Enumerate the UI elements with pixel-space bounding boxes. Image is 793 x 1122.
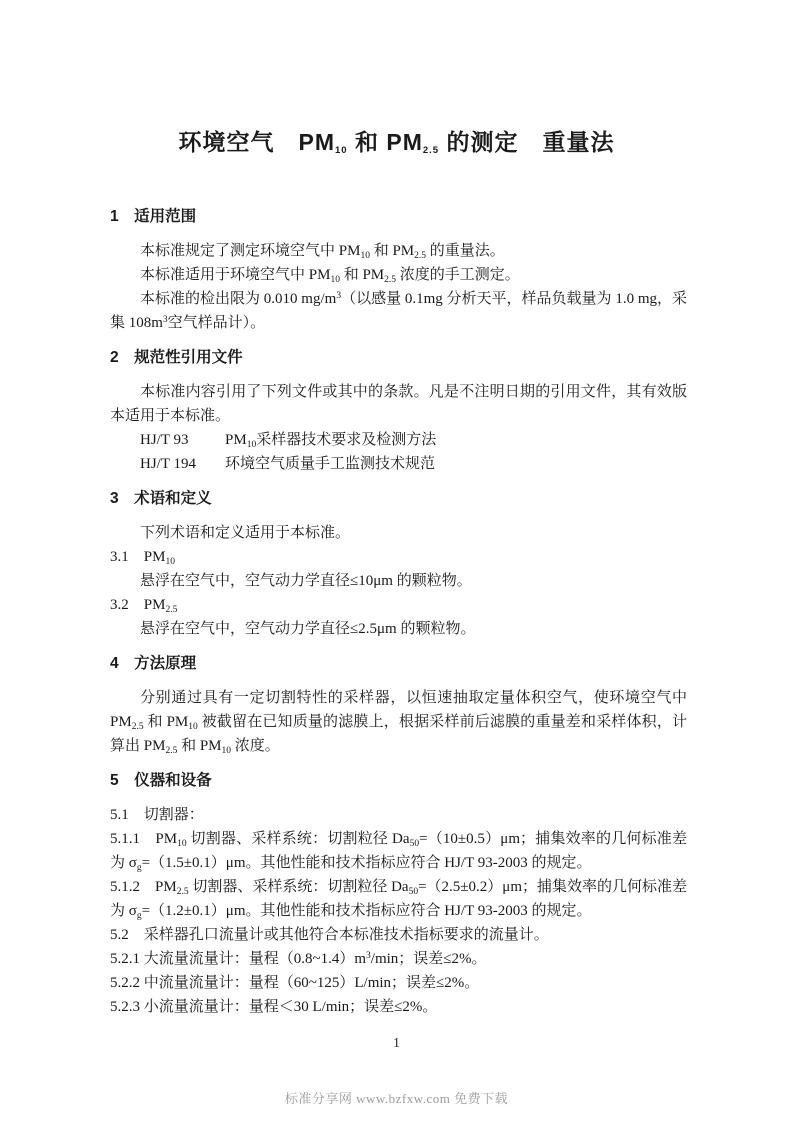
body-paragraph: 本标准规定了测定环境空气中 PM10 和 PM2.5 的重量法。 <box>110 239 687 263</box>
clause-line: 3.2 PM2.5 <box>110 593 687 617</box>
reference-title: PM10采样器技术要求及检测方法 <box>225 432 436 448</box>
body-paragraph: 悬浮在空气中，空气动力学直径≤10μm 的颗粒物。 <box>110 569 687 593</box>
section-heading: 5 仪器和设备 <box>110 769 687 793</box>
section-heading: 1 适用范围 <box>110 205 687 229</box>
clause-line: 5.1.2 PM2.5 切割器、采样系统：切割粒径 Da50=（2.5±0.2）… <box>110 875 687 923</box>
clause-line: 5.2.3 小流量流量计：量程＜30 L/min；误差≤2%。 <box>110 995 687 1019</box>
reference-code: HJ/T 93 <box>140 428 225 452</box>
clause-line: 5.2.1 大流量流量计：量程（0.8~1.4）m3/min；误差≤2%。 <box>110 947 687 971</box>
section-heading: 4 方法原理 <box>110 652 687 676</box>
body-paragraph: 本标准适用于环境空气中 PM10 和 PM2.5 浓度的手工测定。 <box>110 263 687 287</box>
document-body: 1 适用范围本标准规定了测定环境空气中 PM10 和 PM2.5 的重量法。本标… <box>110 194 687 1019</box>
document-page: 环境空气 PM10 和 PM2.5 的测定 重量法 1 适用范围本标准规定了测定… <box>0 0 793 1122</box>
reference-code: HJ/T 194 <box>140 452 225 476</box>
clause-line: 3.1 PM10 <box>110 545 687 569</box>
reference-entry: HJ/T 93PM10采样器技术要求及检测方法 <box>110 428 687 452</box>
clause-line: 5.2 采样器孔口流量计或其他符合本标准技术指标要求的流量计。 <box>110 923 687 947</box>
reference-entry: HJ/T 194环境空气质量手工监测技术规范 <box>110 452 687 476</box>
clause-line: 5.1 切割器： <box>110 803 687 827</box>
section-heading: 3 术语和定义 <box>110 487 687 511</box>
watermark-text: 标准分享网 www.bzfxw.com 免费下载 <box>0 1088 793 1107</box>
document-title: 环境空气 PM10 和 PM2.5 的测定 重量法 <box>0 126 793 158</box>
page-number: 1 <box>0 1036 793 1052</box>
body-paragraph: 分别通过具有一定切割特性的采样器，以恒速抽取定量体积空气，使环境空气中 PM2.… <box>110 686 687 758</box>
clause-line: 5.2.2 中流量流量计：量程（60~125）L/min；误差≤2%。 <box>110 971 687 995</box>
body-paragraph: 本标准的检出限为 0.010 mg/m3（以感量 0.1mg 分析天平，样品负载… <box>110 287 687 335</box>
body-paragraph: 本标准内容引用了下列文件或其中的条款。凡是不注明日期的引用文件，其有效版本适用于… <box>110 380 687 428</box>
section-heading: 2 规范性引用文件 <box>110 346 687 370</box>
body-paragraph: 悬浮在空气中，空气动力学直径≤2.5μm 的颗粒物。 <box>110 617 687 641</box>
clause-line: 5.1.1 PM10 切割器、采样系统：切割粒径 Da50=（10±0.5）μm… <box>110 827 687 875</box>
body-paragraph: 下列术语和定义适用于本标准。 <box>110 521 687 545</box>
reference-title: 环境空气质量手工监测技术规范 <box>225 456 435 472</box>
